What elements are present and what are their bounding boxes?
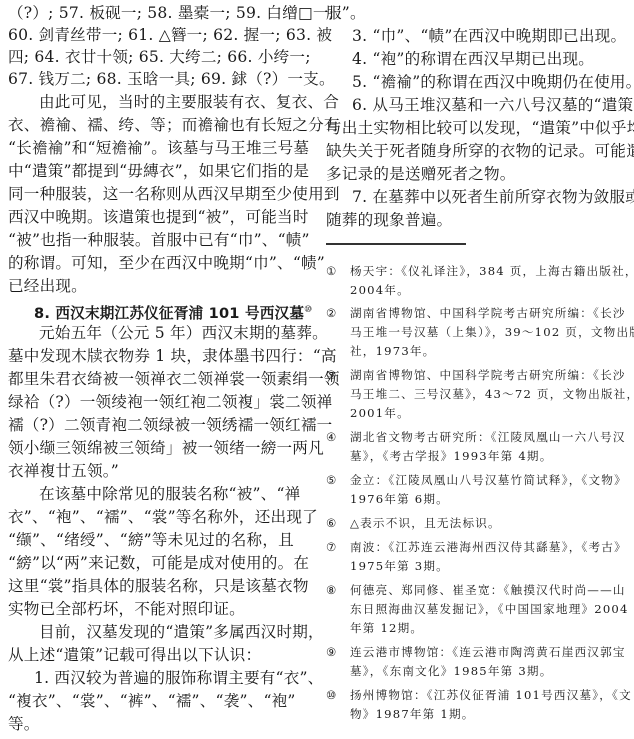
text-line: 与出土实物相比较可以发现，“遣策”中似乎均 [326, 117, 634, 139]
list-item: 1. 西汉较为普遍的服饰称谓主要有“衣”、 [8, 667, 323, 689]
text-line: 服”。 [326, 2, 366, 24]
text-line: 缺失关于死者随身所穿的衣物的记录。可能遣策 [326, 140, 634, 162]
footnote-number: ⑩ [326, 686, 346, 706]
list-item: 7. 在墓葬中以死者生前所穿衣物为敛服或 [326, 186, 634, 208]
footnote-text: 何德亮、郑同修、崔圣宽：《触摸汉代时尚——山 [350, 581, 626, 601]
text-line: “縍”以“两”来记数，可能是成对使用的。在 [8, 552, 309, 574]
text-line: “长襜褕”和“短襜褕”。该墓与马王堆三号墓 [8, 137, 309, 159]
footnote-text: 湖南省博物馆、中国科学院考古研究所编：《长沙 [350, 304, 626, 324]
footnote-text: 扬州博物馆：《江苏仪征胥浦 101号西汉墓》，《文 [350, 686, 632, 706]
text-line: （?）; 57. 板砚一; 58. 墨橐一; 59. 白缯□一; [8, 2, 334, 24]
footnote-text: 社，1973年。 [350, 342, 435, 362]
text-line: 这里“裳”指具体的服装名称，只是该墓衣物 [8, 575, 309, 597]
text-line: 已经出现。 [8, 275, 87, 297]
text-line: 60. 剑青丝带一; 61. △簪一; 62. 握一; 63. 被 [8, 24, 332, 46]
text-line: 实物已全部朽坏，不能对照印证。 [8, 598, 245, 620]
paragraph-start: 在该墓中除常见的服装名称“被”、“禅 [8, 483, 300, 505]
footnote-number: ⑥ [326, 514, 346, 534]
footnote-text: 1975年第 3期。 [350, 557, 449, 577]
footnote-number: ⑤ [326, 471, 346, 491]
footnote-number: ② [326, 304, 346, 324]
text-line: 等。 [8, 713, 40, 735]
footnote-text: 马王堆二、三号汉墓》，43～72 页，文物出版社， [350, 385, 634, 405]
paragraph-start: 元始五年（公元 5 年）西汉末期的墓葬。 [8, 322, 328, 344]
footnote-text: 马王堆一号汉墓（上集）》，39～102 页，文物出版 [350, 323, 634, 343]
text-line: 从上述“遣策”记载可得出以下认识： [8, 644, 261, 666]
text-line: 67. 钱万二; 68. 玉晗一具; 69. 銶（?）一支。 [8, 68, 335, 90]
text-line: 墓中发现木牍衣物券 1 块，隶体墨书四行：“高 [8, 345, 337, 367]
text-line: “複衣”、“裳”、“裤”、“襦”、“袭”、“袍” [8, 690, 296, 712]
section-heading: 8. 西汉末期江苏仪征胥浦 101 号西汉墓⑩ [8, 299, 312, 321]
text-line: 中“遣策”都提到“毋縳衣”，如果它们指的是 [8, 160, 309, 182]
footnote-text: 墓》，《东南文化》1985年第 3期。 [350, 662, 553, 682]
footnote-number: ⑧ [326, 581, 346, 601]
footnote-text: 1976年第 6期。 [350, 490, 449, 510]
footnote-text: △表示不识，且无法标识。 [350, 514, 501, 534]
text-line: 四; 64. 衣廿十领; 65. 大绔二; 66. 小绔一; [8, 46, 311, 68]
footnote-text: 东日照海曲汉墓发掘记》，《中国国家地理》2004 [350, 600, 629, 620]
footnote-number: ⑦ [326, 538, 346, 558]
footnote-text: 杨天宇：《仪礼译注》，384 页，上海古籍出版社， [350, 262, 634, 282]
footnote-text: 2001年。 [350, 404, 410, 424]
text-line: 同一种服装，这一名称则从西汉早期至少使用到 [8, 183, 340, 205]
text-line: 衣、襜褕、襦、绔、等；而襜褕也有长短之分有 [8, 114, 340, 136]
footnote-number: ③ [326, 366, 346, 386]
footnote-marker[interactable]: ⑩ [304, 305, 312, 315]
footnote-number: ⑨ [326, 643, 346, 663]
list-item: 5. “襜褕”的称谓在西汉中晚期仍在使用。 [326, 71, 634, 93]
footnote-text: 湖北省文物考古研究所：《江陵凤凰山一六八号汉 [350, 428, 626, 448]
footnote-text: 物》1987年第 1期。 [350, 705, 475, 725]
list-item: 3. “巾”、“帻”在西汉中晚期即已出现。 [326, 25, 626, 47]
footnote-number: ④ [326, 428, 346, 448]
footnote-divider [326, 243, 466, 245]
footnote-text: 金立：《江陵凤凰山八号汉墓竹简试释》，《文物》 [350, 471, 627, 491]
footnote-text: 年第 12期。 [350, 619, 423, 639]
text-line: 都里朱君衣绮被一领禅衣二领禅裳一领素绢一领 [8, 368, 340, 390]
text-line: 领小缬三领绵被三领绮」被一领绪一縍一两凡 [8, 437, 324, 459]
text-line: 的称谓。可知，至少在西汉中晚期“巾”、“帻” [8, 252, 325, 274]
text-line: 随葬的现象普遍。 [326, 209, 452, 231]
text-line: 绿袷（?）一领绫袍一领红袍二领複」裳二领禅 [8, 391, 332, 413]
list-item: 4. “袍”的称谓在西汉早期已出现。 [326, 48, 594, 70]
text-line: 多记录的是送赠死者之物。 [326, 163, 516, 185]
paragraph-start: 目前，汉墓发现的“遣策”多属西汉时期， [8, 621, 324, 643]
text-line: “被”也指一种服装。首服中已有“巾”、“帻” [8, 229, 310, 251]
footnote-text: 连云港市博物馆：《连云港市陶湾黄石崖西汉郭宝 [350, 643, 626, 663]
footnote-text: 湖南省博物馆、中国科学院考古研究所编：《长沙 [350, 366, 626, 386]
text-line: 衣”、“袍”、“襦”、“裳”等名称外，还出现了 [8, 506, 318, 528]
footnote-text: 墓》，《考古学报》1993年第 4期。 [350, 447, 553, 467]
text-line: 西汉中晚期。该遣策也提到“被”，可能当时 [8, 206, 309, 228]
section-heading-text: 8. 西汉末期江苏仪征胥浦 101 号西汉墓 [34, 305, 304, 322]
text-line: 衣禅複廿五领。” [8, 460, 119, 482]
text-line: “缬”、“绪绶”、“縍”等未见过的名称，且 [8, 529, 294, 551]
paragraph-start: 由此可见，当时的主要服装有衣、复衣、合 [8, 91, 339, 113]
footnote-text: 2004年。 [350, 281, 410, 301]
list-item: 6. 从马王堆汉墓和一六八号汉墓的“遣策” [326, 94, 634, 116]
footnote-text: 南波：《江苏连云港海州西汉侍其繇墓》，《考古》 [350, 538, 627, 558]
text-line: 襦（?）二领青袍二领绿被一领绣襦一领红襦一 [8, 414, 332, 436]
footnote-number: ① [326, 262, 346, 282]
